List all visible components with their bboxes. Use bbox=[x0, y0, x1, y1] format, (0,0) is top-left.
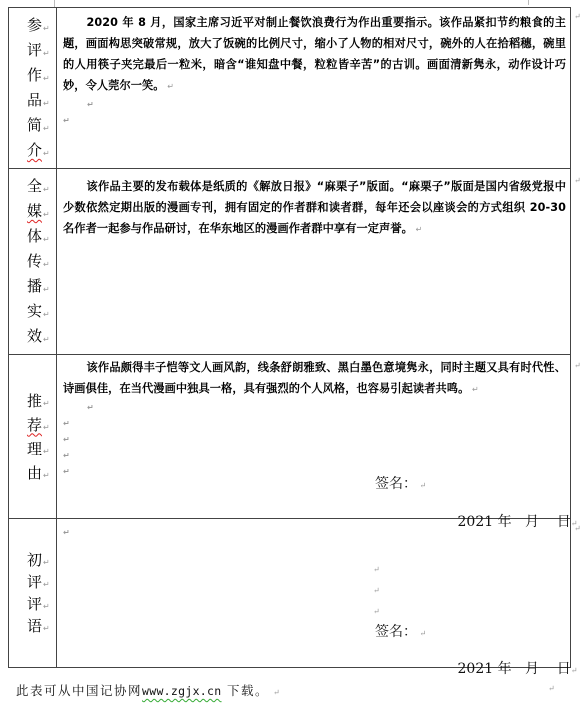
paragraph-mark-icon: ↵ bbox=[469, 385, 478, 394]
label-char: 作 bbox=[27, 63, 42, 88]
paragraph-mark-icon: ↵ bbox=[548, 684, 555, 693]
label-char: 体 bbox=[27, 224, 42, 249]
label-cell-initial-review: 初 评 评 语 bbox=[9, 519, 57, 668]
label-char: 介 bbox=[27, 138, 42, 163]
label-char: 传 bbox=[27, 249, 42, 274]
paragraph-mark-icon: ↵ bbox=[165, 82, 174, 91]
media-impact-text[interactable]: 该作品主要的发布载体是纸质的《解放日报》“麻栗子”版面。“麻栗子”版面是国内省级… bbox=[57, 169, 570, 240]
label-char: 媒 bbox=[27, 199, 42, 224]
label-cell-media-impact: 全 媒 体 传 播 实 效 bbox=[9, 169, 57, 355]
paragraph-mark-icon: ↵ bbox=[63, 113, 566, 129]
footer-prefix: 此表可从中国记协网 bbox=[16, 683, 142, 698]
label-char: 语 bbox=[27, 615, 42, 637]
row-end-mark-icon: ↵ bbox=[574, 361, 580, 370]
summary-text[interactable]: 2020 年 8 月，国家主席习近平对制止餐饮浪费行为作出重要指示。该作品紧扣节… bbox=[57, 8, 570, 129]
label-char: 由 bbox=[27, 461, 42, 485]
paragraph-mark-icon: ↵ bbox=[63, 525, 566, 541]
paragraph-mark-icon: ↵ bbox=[413, 225, 422, 234]
label-char: 评 bbox=[27, 593, 42, 615]
signature-label: 签名： bbox=[375, 476, 417, 492]
document-page: 参 评 作 品 简 介 2020 年 8 月，国家主席习近平对制止餐饮浪费行为作… bbox=[0, 0, 580, 704]
signature-label: 签名： bbox=[375, 624, 417, 640]
table-row-work-summary: 参 评 作 品 简 介 2020 年 8 月，国家主席习近平对制止餐饮浪费行为作… bbox=[9, 8, 571, 169]
paragraph-mark-icon: ↵ bbox=[63, 432, 566, 448]
label-char: 实 bbox=[27, 299, 42, 324]
label-char: 荐 bbox=[27, 413, 42, 437]
label-char: 评 bbox=[27, 571, 42, 593]
label-char: 品 bbox=[27, 88, 42, 113]
summary-paragraph: 2020 年 8 月，国家主席习近平对制止餐饮浪费行为作出重要指示。该作品紧扣节… bbox=[63, 16, 566, 92]
ruler-marker bbox=[54, 0, 55, 7]
recommendation-paragraph: 该作品颇得丰子恺等文人画风韵，线条舒朗雅致、黑白墨色意境隽永，同时主题又具有时代… bbox=[63, 361, 566, 395]
content-cell-work-summary[interactable]: 2020 年 8 月，国家主席习近平对制止餐饮浪费行为作出重要指示。该作品紧扣节… bbox=[57, 8, 571, 169]
signature-line[interactable]: 签名： ↵ bbox=[375, 621, 426, 641]
paragraph-mark-icon: ↵ bbox=[417, 629, 426, 638]
media-impact-paragraph: 该作品主要的发布载体是纸质的《解放日报》“麻栗子”版面。“麻栗子”版面是国内省级… bbox=[63, 180, 566, 235]
paragraph-mark-icon: ↵ bbox=[63, 416, 566, 432]
label-cell-work-summary: 参 评 作 品 简 介 bbox=[9, 8, 57, 169]
nomination-form-table: 参 评 作 品 简 介 2020 年 8 月，国家主席习近平对制止餐饮浪费行为作… bbox=[8, 7, 571, 668]
signature-line[interactable]: 签名： ↵ bbox=[375, 473, 426, 493]
footer-note: 此表可从中国记协网www.zgjx.cn 下载。 ↵ bbox=[16, 681, 281, 699]
paragraph-mark-icon: ↵ bbox=[63, 448, 566, 464]
row-label: 参 评 作 品 简 介 bbox=[13, 13, 56, 163]
footer-url-link[interactable]: www.zgjx.cn bbox=[142, 684, 221, 698]
initial-review-text[interactable]: ↵ bbox=[57, 519, 570, 541]
row-label: 初 评 评 语 bbox=[13, 549, 56, 637]
label-char: 播 bbox=[27, 274, 42, 299]
content-cell-recommendation[interactable]: 该作品颇得丰子恺等文人画风韵，线条舒朗雅致、黑白墨色意境隽永，同时主题又具有时代… bbox=[57, 355, 571, 519]
paragraph-mark-icon: ↵ bbox=[63, 97, 566, 113]
table-row-media-impact: 全 媒 体 传 播 实 效 该作品主要的发布载体是纸质的《解放日报》“麻栗子”版… bbox=[9, 169, 571, 355]
paragraph-mark-icon: ↵ bbox=[63, 464, 566, 480]
row-end-mark-icon: ↵ bbox=[574, 524, 580, 533]
label-char: 推 bbox=[27, 389, 42, 413]
label-char: 简 bbox=[27, 113, 42, 138]
row-end-mark-icon: ↵ bbox=[574, 176, 580, 185]
paragraph-mark-icon: ↵ bbox=[571, 666, 578, 675]
label-char: 参 bbox=[27, 13, 42, 38]
row-label: 推 荐 理 由 bbox=[13, 389, 56, 485]
row-end-mark-icon: ↵ bbox=[574, 12, 580, 21]
date-text: 2021 年 月 日 bbox=[458, 661, 571, 677]
label-cell-recommendation: 推 荐 理 由 bbox=[9, 355, 57, 519]
label-char: 理 bbox=[27, 437, 42, 461]
recommendation-text[interactable]: 该作品颇得丰子恺等文人画风韵，线条舒朗雅致、黑白墨色意境隽永，同时主题又具有时代… bbox=[57, 355, 570, 480]
paragraph-marks: ↵↵↵ bbox=[373, 559, 380, 622]
label-char: 初 bbox=[27, 549, 42, 571]
footer-suffix: 下载。 bbox=[227, 683, 269, 698]
table-row-initial-review: 初 评 评 语 ↵ ↵↵↵ 签名： ↵ 2021 年 月 日↵ bbox=[9, 519, 571, 668]
label-char: 评 bbox=[27, 38, 42, 63]
row-label: 全 媒 体 传 播 实 效 bbox=[13, 174, 56, 349]
paragraph-mark-icon: ↵ bbox=[269, 688, 281, 697]
paragraph-mark-icon: ↵ bbox=[417, 481, 426, 490]
content-cell-media-impact[interactable]: 该作品主要的发布载体是纸质的《解放日报》“麻栗子”版面。“麻栗子”版面是国内省级… bbox=[57, 169, 571, 355]
ruler-marker bbox=[528, 0, 529, 5]
table-row-recommendation: 推 荐 理 由 该作品颇得丰子恺等文人画风韵，线条舒朗雅致、黑白墨色意境隽永，同… bbox=[9, 355, 571, 519]
label-char: 全 bbox=[27, 174, 42, 199]
label-char: 效 bbox=[27, 324, 42, 349]
content-cell-initial-review[interactable]: ↵ ↵↵↵ 签名： ↵ 2021 年 月 日↵ bbox=[57, 519, 571, 668]
paragraph-mark-icon: ↵ bbox=[63, 400, 566, 416]
